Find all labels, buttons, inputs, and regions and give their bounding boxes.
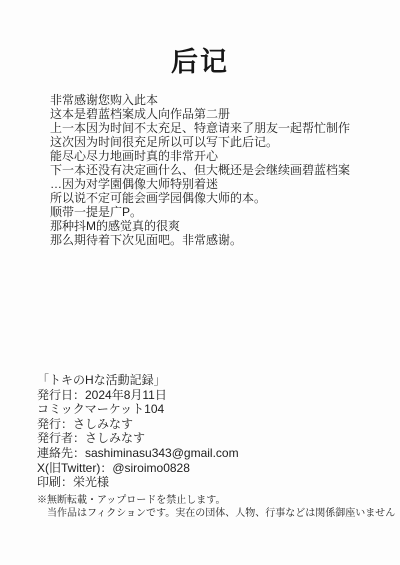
colophon-author: 発行者：さしみなす [37, 431, 367, 446]
page-title: 后记 [0, 40, 400, 79]
disclaimer-line: ※無断転載・アップロードを禁止します。 [37, 494, 387, 507]
colophon-printer: 印刷：栄光様 [37, 475, 367, 490]
afterword-page: 后记 非常感谢您购入此本 这本是碧蓝档案成人向作品第二册 上一本因为时间不太充足… [0, 0, 400, 565]
afterword-line: 下一本还没有决定画什么、但大概还是会继续画碧蓝档案 [50, 163, 390, 177]
colophon-release-date: 発行日：2024年8月11日 [37, 388, 367, 403]
book-title: 「トキのHな活動記録」 [37, 373, 367, 388]
colophon-twitter-handle: X(旧Twitter)：@siroimo0828 [37, 461, 367, 476]
afterword-line: …因为对学園偶像大师特别着迷 [50, 177, 390, 191]
afterword-text: 非常感谢您购入此本 这本是碧蓝档案成人向作品第二册 上一本因为时间不太充足、特意… [50, 93, 390, 247]
afterword-line: 上一本因为时间不太充足、特意请来了朋友一起帮忙制作 [50, 121, 390, 135]
afterword-line: 那种抖M的感觉真的很爽 [50, 219, 390, 233]
afterword-line: 那么期待着下次见面吧。非常感谢。 [50, 233, 390, 247]
colophon: 「トキのHな活動記録」 発行日：2024年8月11日 コミックマーケット104 … [37, 373, 367, 490]
afterword-line: 这本是碧蓝档案成人向作品第二册 [50, 107, 390, 121]
afterword-line: 能尽心尽力地画时真的非常开心 [50, 149, 390, 163]
colophon-publisher: 発行：さしみなす [37, 417, 367, 432]
colophon-event: コミックマーケット104 [37, 402, 367, 417]
colophon-contact-email: 連絡先：sashiminasu343@gmail.com [37, 446, 367, 461]
afterword-line: 非常感谢您购入此本 [50, 93, 390, 107]
afterword-line: 这次因为时间很充足所以可以写下此后记。 [50, 135, 390, 149]
disclaimer: ※無断転載・アップロードを禁止します。 当作品はフィクションです。実在の団体、人… [37, 494, 387, 520]
afterword-line: 所以说不定可能会画学园偶像大师的本。 [50, 191, 390, 205]
disclaimer-line: 当作品はフィクションです。実在の団体、人物、行事などは関係御座いません [37, 507, 387, 520]
afterword-line: 顺带一提是广P。 [50, 205, 390, 219]
